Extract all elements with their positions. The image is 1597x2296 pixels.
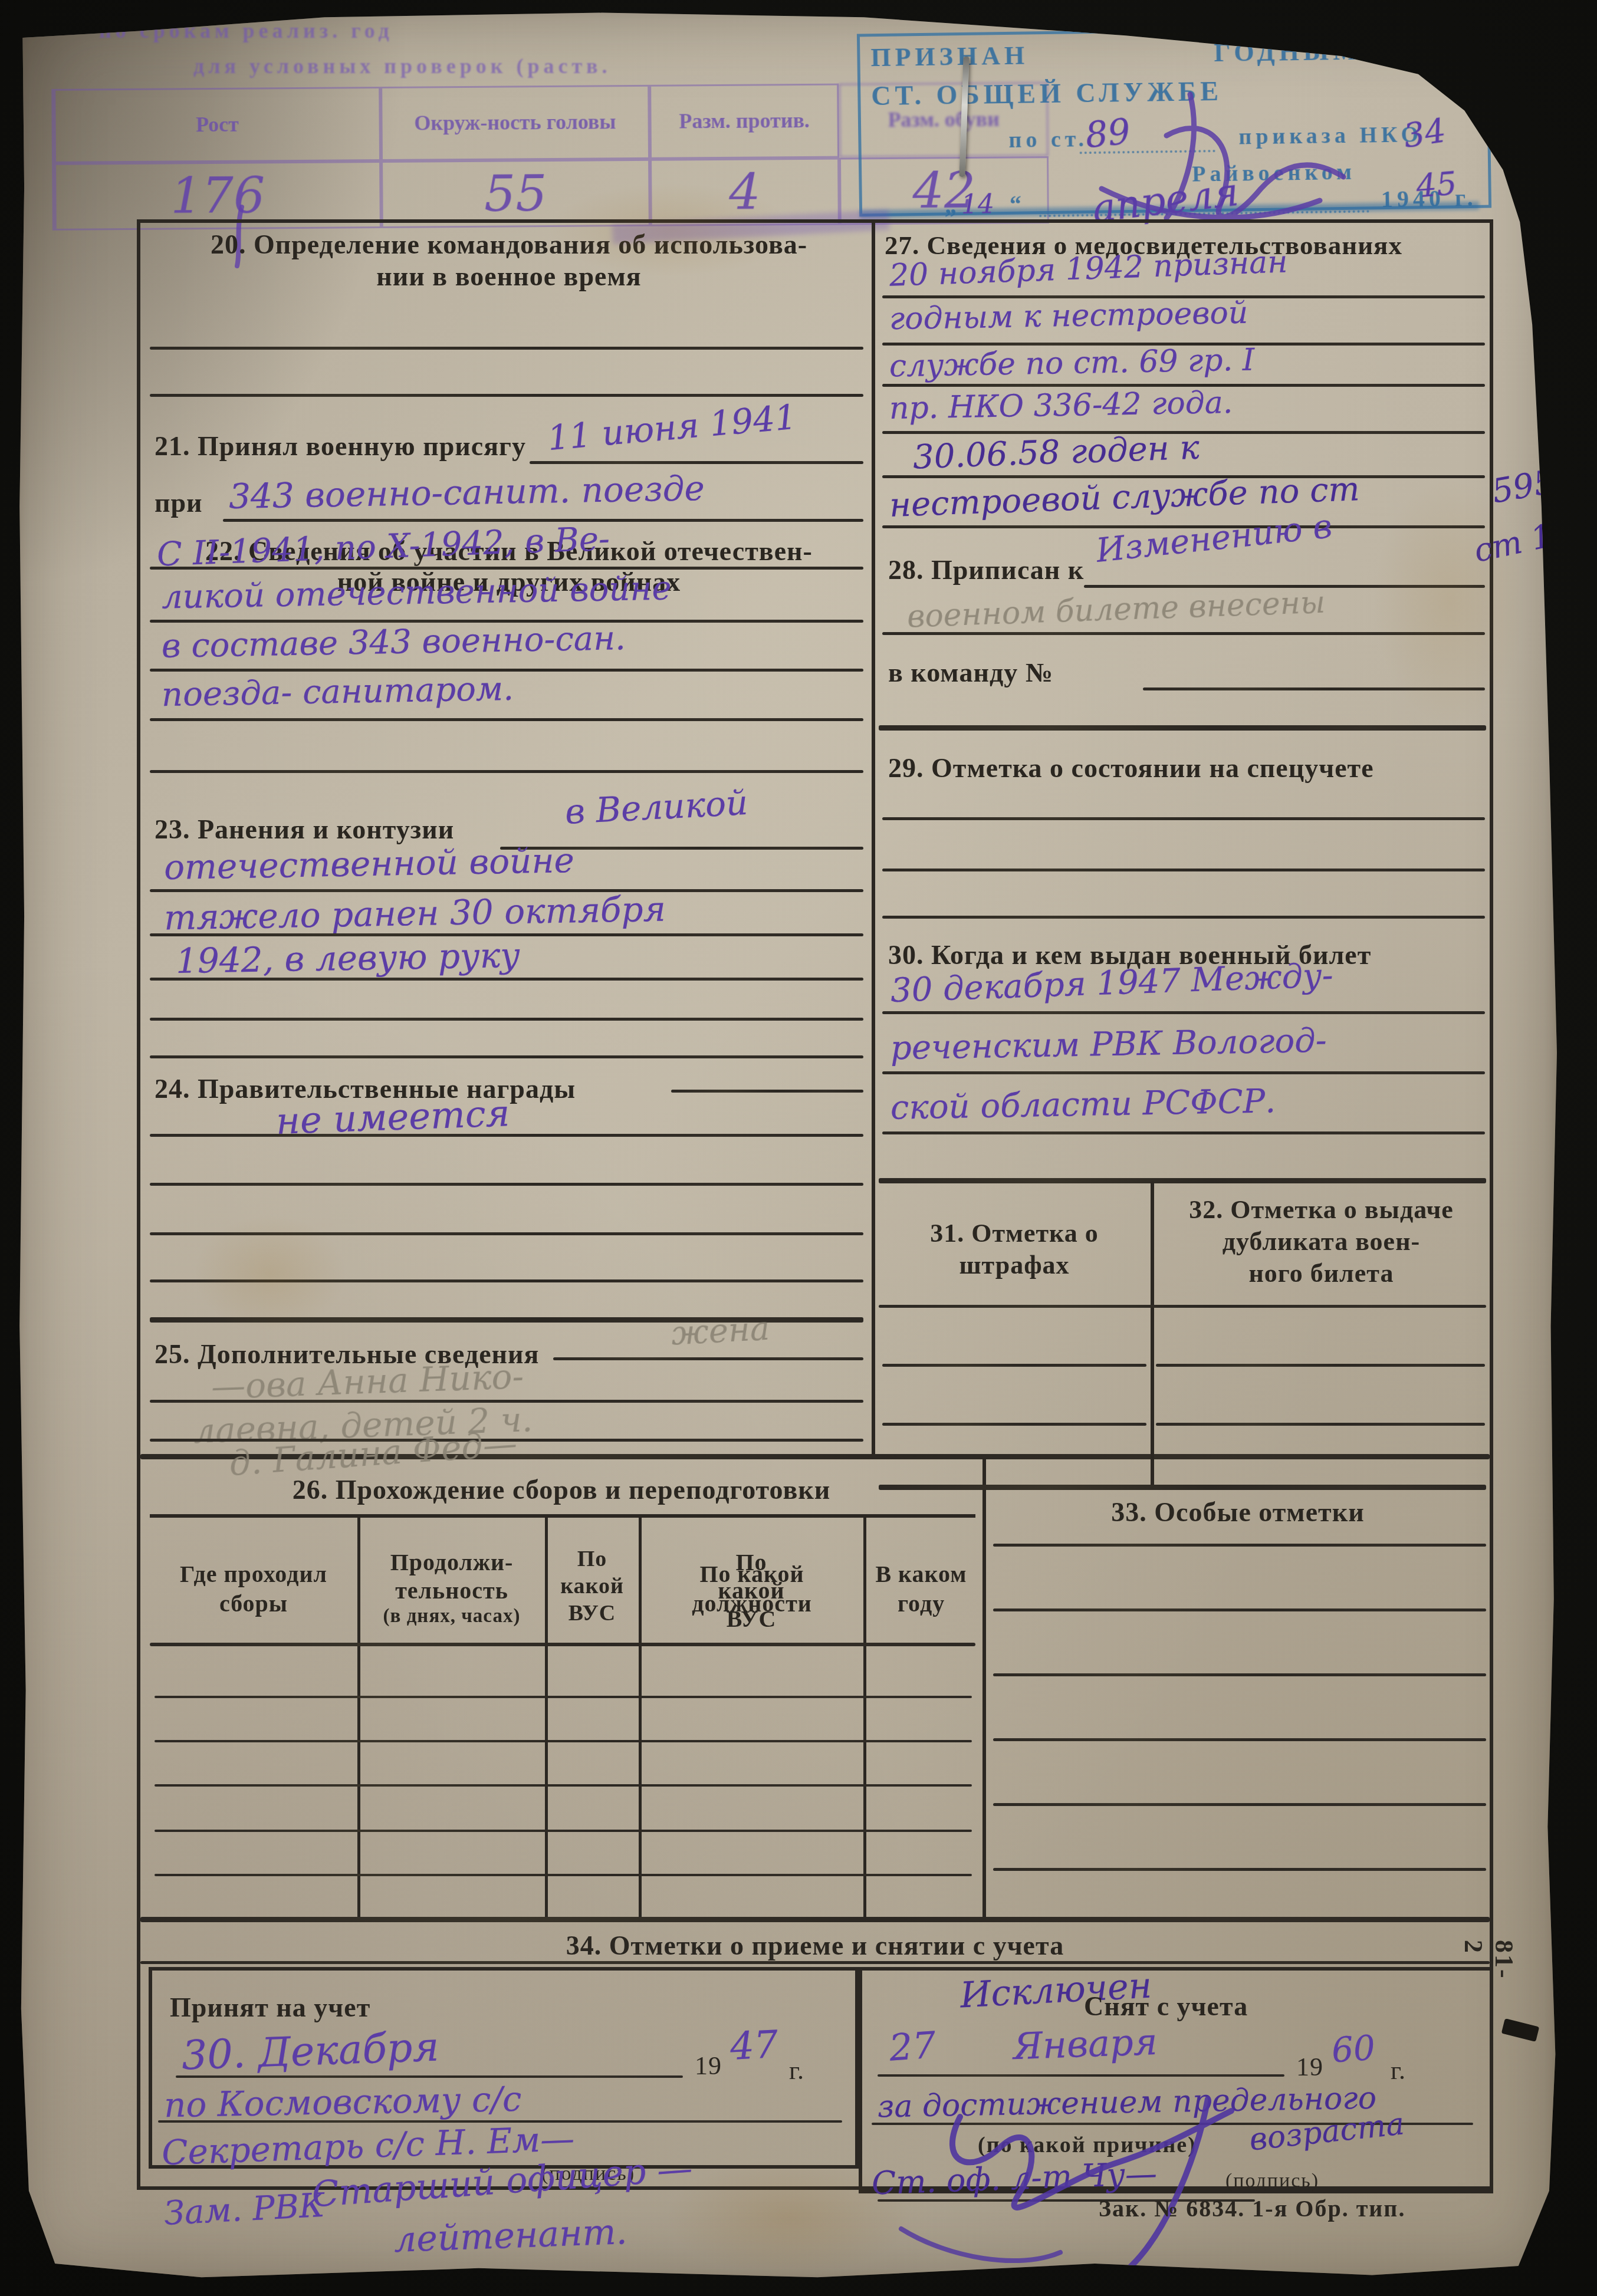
- archive-side-code: 81-2: [1458, 1940, 1519, 1980]
- table-col-divider: [357, 1518, 360, 1917]
- registered-label: Принят на учет: [170, 1992, 370, 2024]
- awards-handwriting: не имеется: [275, 1095, 510, 1140]
- ruled-line: [882, 1364, 1146, 1367]
- section-34-title: 34. Отметки о приеме и снятии с учета: [140, 1930, 1490, 1962]
- ruled-line: [882, 869, 1485, 871]
- section-31-title2: штрафах: [885, 1250, 1144, 1281]
- section-33-title: 33. Особые отметки: [986, 1496, 1490, 1528]
- oath-date-handwriting: 11 июня 1941: [546, 400, 798, 456]
- table-row-line: [155, 1696, 972, 1698]
- section-32-title2: дубликата воен-: [1158, 1226, 1485, 1257]
- penalty-table-divider: [1151, 1182, 1154, 1488]
- ticket-issue-handwriting: ской области РСФСР.: [890, 1085, 1276, 1124]
- war-service-handwriting: в составе 343 военно-сан.: [162, 622, 626, 663]
- form-box: 20. Определение командования об использо…: [137, 219, 1493, 2190]
- wounds-handwriting: отечественной войне: [164, 843, 575, 884]
- deregistered-label: Снят с учета: [1084, 1991, 1248, 2022]
- ruled-line: [993, 1673, 1486, 1676]
- commissar-note-handwriting: Зам. РВК: [163, 2189, 326, 2231]
- section-20-title: 20. Определение командования об использо…: [152, 229, 866, 261]
- wounds-handwriting: в Великой: [564, 785, 749, 829]
- section-29-title: 29. Отметка о состоянии на спецучете: [888, 752, 1374, 784]
- archive-mark: [1501, 2018, 1540, 2042]
- section-28-label2: в команду №: [888, 657, 1053, 689]
- ruled-line: [150, 347, 863, 350]
- registered-place-handwriting: по Космовскому с/с: [164, 2082, 522, 2123]
- col-head-where2: сборы: [152, 1590, 355, 1617]
- deregistered-day-handwriting: 27: [888, 2027, 937, 2066]
- col-head-vus-b: какой: [547, 1573, 637, 1600]
- section-21-label2: при: [155, 487, 203, 519]
- margin-note: ст 110.: [1471, 509, 1597, 567]
- ruled-line: [879, 1305, 1486, 1308]
- signature-flourish-bottom: [866, 2093, 1314, 2282]
- medical-exam-handwriting: годным к нестроевой: [889, 298, 1248, 335]
- section-31-title: 31. Отметка о: [885, 1218, 1144, 1249]
- signature-flourish: [1066, 41, 1432, 236]
- year-prefix: 19: [1296, 2052, 1323, 2083]
- margin-note: 595: [1490, 465, 1557, 509]
- stamp-col-head-circumference: Окруж-ность головы: [380, 85, 650, 161]
- col-head-vus-c: ВУС: [547, 1600, 637, 1627]
- ruled-line: [176, 2075, 683, 2078]
- faded-stamp-line: по срокам реализ. год: [99, 19, 393, 43]
- ruled-line: [1143, 688, 1485, 690]
- section-32-title: 32. Отметка о выдаче: [1158, 1195, 1485, 1225]
- additional-info-pencil: —ова Анна Нико-: [211, 1359, 524, 1404]
- ruled-line: [223, 519, 863, 522]
- table-row-line: [155, 1740, 972, 1742]
- ruled-line: [1156, 1423, 1485, 1426]
- table-row-line: [155, 1874, 972, 1876]
- oath-unit-handwriting: 343 военно-санит. поезде: [229, 471, 705, 514]
- ruled-line: [150, 1183, 863, 1186]
- stamp-text: ПРИЗНАН: [870, 42, 1028, 71]
- registered-year-handwriting: 47: [729, 2026, 779, 2066]
- ruled-line: [993, 1868, 1486, 1871]
- table-header-bottom: [150, 1643, 975, 1646]
- print-shop-code: Зак. № 6834. 1-я Обр. тип.: [1099, 2195, 1405, 2222]
- ruled-line: [150, 394, 863, 397]
- medical-exam-handwriting: службе по ст. 69 гр. I: [889, 345, 1255, 382]
- ruled-line: [993, 1608, 1486, 1611]
- ruled-line: [150, 1279, 863, 1282]
- ruled-line: [993, 1544, 1486, 1547]
- year-prefix: 19: [695, 2051, 722, 2081]
- stamp-col-height: Рост: [51, 87, 381, 163]
- ruled-line: [150, 1055, 863, 1058]
- section-21-label: 21. Принял военную присягу: [155, 430, 526, 462]
- wounds-handwriting: тяжело ранен 30 октября: [164, 892, 666, 935]
- ruled-line: [882, 632, 1485, 635]
- col-head-position-b: должности: [642, 1590, 862, 1617]
- ruled-line: [553, 1357, 863, 1360]
- col-head-duration2: тельность: [361, 1577, 543, 1604]
- ruled-line: [140, 1961, 1490, 1964]
- wounds-handwriting: 1942, в левую руку: [176, 938, 521, 978]
- ruled-line: [150, 718, 863, 721]
- year-suffix: г.: [1391, 2055, 1406, 2086]
- war-service-handwriting: поезда- санитаром.: [162, 673, 514, 712]
- scanned-military-document: по срокам реализ. год для условных прове…: [0, 0, 1597, 2296]
- section-20-title2: нии в военное время: [152, 261, 866, 292]
- col-head-year-a: В каком: [866, 1560, 977, 1588]
- col-head-year-b: году: [866, 1590, 977, 1617]
- ruled-line: [882, 1131, 1485, 1134]
- year-suffix: г.: [789, 2055, 804, 2086]
- ruled-line: [993, 1738, 1486, 1741]
- ruled-line: [150, 1232, 863, 1235]
- table-row-line: [155, 1784, 972, 1787]
- column-divider: [872, 223, 875, 1455]
- section-28-label: 28. Приписан к: [888, 554, 1084, 586]
- additional-info-pencil: жена: [671, 1313, 771, 1351]
- section-23-label: 23. Ранения и контузии: [155, 814, 454, 846]
- medical-exam-handwriting: пр. НКО 336-42 года.: [889, 387, 1233, 424]
- ruled-line: [882, 1423, 1146, 1426]
- col-head-where: Где проходил: [152, 1560, 355, 1588]
- table-row-line: [155, 1830, 972, 1832]
- assigned-pencil-note: военном билете внесены: [906, 587, 1326, 633]
- ruled-line: [150, 567, 863, 570]
- section-26-title: 26. Прохождение сборов и переподготовки: [140, 1474, 982, 1506]
- ruled-line: [882, 817, 1485, 820]
- ruled-line: [1156, 1364, 1485, 1367]
- ruled-line: [150, 978, 863, 981]
- ruled-line: [671, 1090, 863, 1093]
- deregistered-month-handwriting: Января: [1013, 2024, 1158, 2065]
- col-head-position-a: По какой: [642, 1560, 862, 1588]
- commissar-rank2-handwriting: лейтенант.: [393, 2214, 627, 2258]
- stamp-col-gasmask-size: Разм. против.: [649, 84, 839, 159]
- head-circumference-value: 55: [381, 159, 650, 228]
- ruled-line: [882, 1071, 1485, 1074]
- registered-date-handwriting: 30. Декабря: [181, 2027, 440, 2076]
- ruled-line: [879, 725, 1486, 731]
- ticket-issue-handwriting: реченским РВК Вологод-: [890, 1025, 1327, 1065]
- ruled-line: [150, 1134, 863, 1137]
- ruled-line: [879, 1178, 1486, 1183]
- document-paper: по срокам реализ. год для условных прове…: [17, 6, 1557, 2282]
- col-head-duration: Продолжи-: [361, 1548, 543, 1576]
- ruled-line: [150, 770, 863, 773]
- deregistered-year-handwriting: 60: [1330, 2030, 1376, 2067]
- ruled-line: [882, 916, 1485, 919]
- faded-stamp-line: для условных проверок (раств.: [193, 54, 612, 78]
- handwritten-day: 14: [961, 192, 995, 218]
- war-service-handwriting: ликой отечественной войне: [162, 572, 672, 614]
- col-head-duration3: (в днях, часах): [361, 1605, 543, 1628]
- change-note-handwriting: Изменению в: [1095, 510, 1333, 568]
- ruled-line: [882, 1011, 1485, 1014]
- ruled-line: [993, 1803, 1486, 1806]
- ruled-line: [150, 1018, 863, 1021]
- ruled-line: [878, 2074, 1284, 2077]
- medical-exam-handwriting: 30.06.58 годен к: [912, 432, 1200, 475]
- ruled-line: [530, 461, 863, 464]
- col-head-vus-a: По: [547, 1546, 637, 1573]
- section-32-title3: ного билета: [1158, 1258, 1485, 1289]
